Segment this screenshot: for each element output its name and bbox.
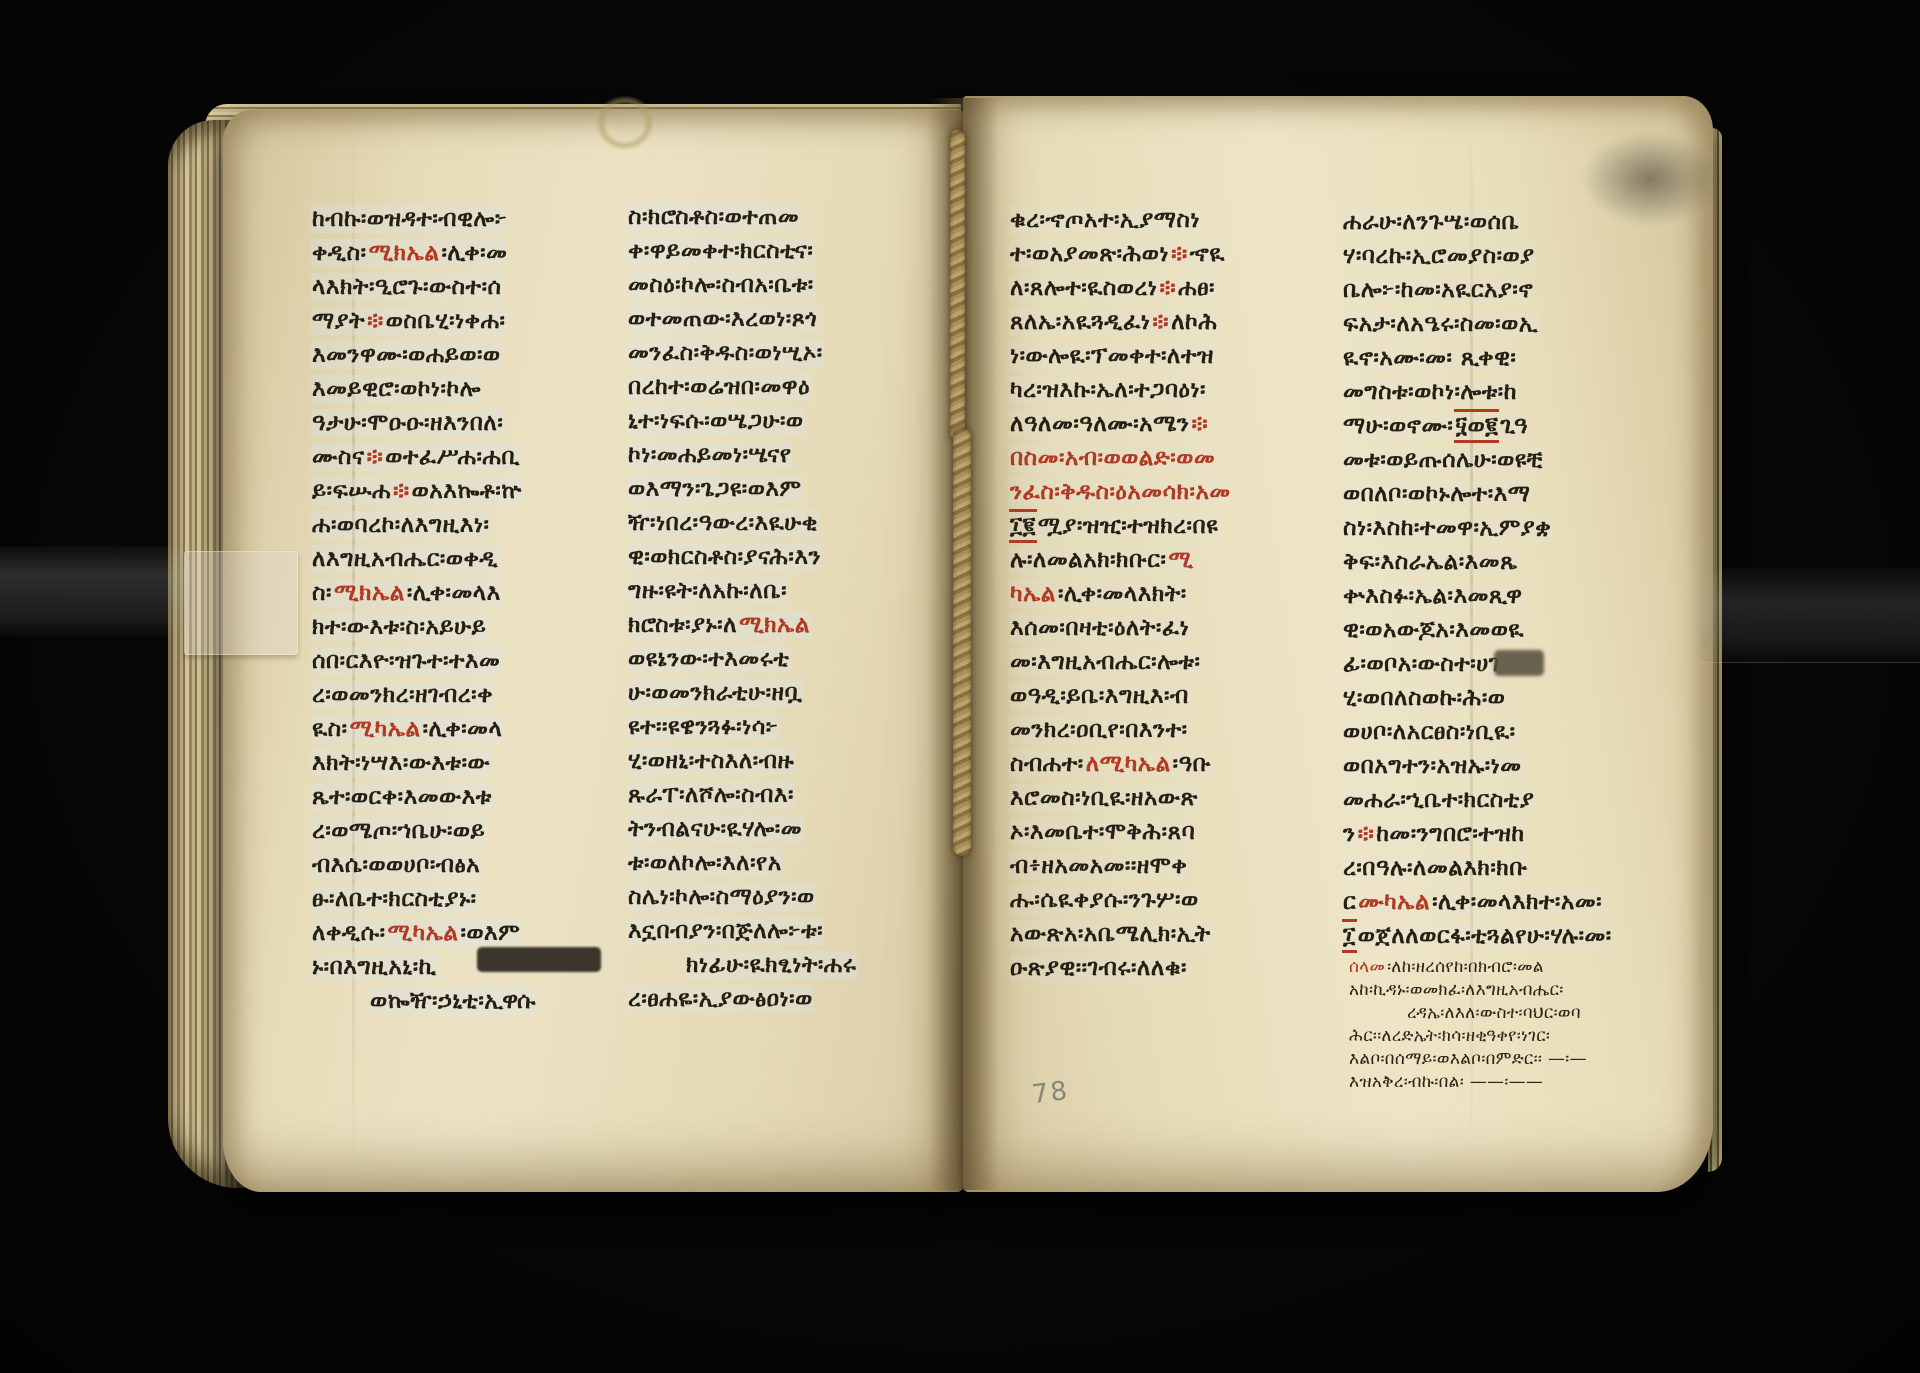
manuscript-text: ለ፡ጸሎተ፡ዪስወረነ [1009,274,1158,302]
rubricated-text: ካኤል [1009,580,1057,608]
rubricated-text: ንፈስ፡ቅዱስ፡ዕአመሳክ፡አመ [1009,478,1232,506]
manuscript-text: ሙስና [311,443,366,471]
manuscript-text: ረ፡ወመንክረ፡ዘገብረ፡ቀ [311,681,494,709]
text-line: ወተመጠው፡እረወነ፡ጾጎ [627,302,857,336]
manuscript-text: ጹራፐ፡ለሾሎ፡ስብእ፡ [627,781,795,809]
manuscript-text: ቍእስፉ፡ኤል፡እመጺዋ [1342,582,1523,610]
text-line: ሰበ፡ርእዮ፡ዝጉተ፡ተእመ [311,644,537,678]
text-line: ጹራፐ፡ለሾሎ፡ስብእ፡ [627,778,857,812]
manuscript-text: ትንብልናሁ፡ዪሃሎ፡መ [627,815,803,843]
text-line: ፁ፡ለቤተ፡ክርስቲያኑ፡ [311,882,537,916]
text-line: ፊ፡ወቦአ፡ውስተ፡ሀገ [1342,647,1613,681]
manuscript-text: ኆዪ [1189,240,1226,268]
text-line: ወኰዥ፡ኃኒቲ፡ኢዋሱ [311,984,537,1018]
tape-left [0,546,190,636]
manuscript-text: ቱ፡ወለኮሎ፡እለ፡የአ [627,849,783,877]
text-line: ዩተ፡፡ዩዌንጓፉ፡ነሳ፦ [627,710,857,744]
text-line: ፲ወጀለለወርፋ፡ቲጓልየሁ፡ሃሉ፡መ፡ [1342,919,1613,953]
rubricated-text: ፨ [1170,240,1189,268]
text-line: ረ፡ፀሐዬ፡ኢያውፅዐነ፡ወ [627,982,857,1016]
manuscript-text: ፡ሊቀ፡መ [441,239,509,267]
text-line: መ፡እግዚአብሔር፡ሎቱ፡ [1009,645,1232,679]
right-page-column-1: ቁረ፡ኆጦአተ፡ኢያማስነተ፡ወአያመጽ፡ሕወነ፨ኆዪለ፡ጸሎተ፡ዪስወረነ፨ሐ… [1009,203,1232,985]
text-line: ሂ፡ወዘኒ፡ተስእለ፡ብዙ [627,744,857,778]
text-line: ዪኖ፡አሙ፡መ፡ ጺቀዊ፡ [1342,341,1613,375]
manuscript-text: መ፡እግዚአብሔር፡ሎቱ፡ [1009,648,1201,676]
manuscript-text: ፡ሊቀ፡መላእክተ፡አመ፡ [1431,888,1603,916]
rubricated-text: ፨ [366,307,385,335]
rubricated-text: ሚክኤል [333,579,406,607]
manuscript-text: ስ፡ [311,579,333,607]
manuscript-text: ዊ፡ወክርስቶስ፡ያናሕ፡እን [627,543,822,571]
text-line: ወበለቦ፡ወኮኑሎተ፡እማ [1342,477,1613,511]
manuscript-text: ሰበ፡ርእዮ፡ዝጉተ፡ተእመ [311,647,501,675]
text-line: ርሙካኤል፡ሊቀ፡መላእክተ፡አመ፡ [1342,885,1613,919]
text-line: ቍእስፉ፡ኤል፡እመጺዋ [1342,579,1613,613]
manuscript-text: ወበአግተን፡አዝኡ፡ነመ [1342,752,1523,780]
text-line: ብእሴ፡ወወሀቦ፡ብፅአ [311,848,537,882]
text-line: ለቀዲሱ፡ሚካኤል፡ወእም [311,916,537,950]
text-line: እልቦ፡በሰማይ፡ወእልቦ፡በምድር፡፡ —፡— [1348,1048,1588,1071]
manuscript-text: ወጀለለወርፋ፡ቲጓልየሁ፡ሃሉ፡መ፡ [1357,922,1613,950]
manuscript-text: ይ፡ፍሡሐ [311,477,392,505]
manuscript-text: ለኮሕ [1170,308,1219,336]
text-line: እኗበብያን፡በጅለሎ፦ቱ፡ [627,914,857,948]
text-line: ሕር፡፡ለረድኤት፡ክሳ፡ዘቂዓቀየ፡ነገር፡ [1348,1025,1588,1048]
manuscript-text: መስዕ፡ኮሎ፡ስብአ፡ቤቱ፡ [627,271,815,299]
text-line: ካኤል፡ሊቀ፡መላእክት፡ [1009,577,1232,611]
manuscript-text: ወአእኰቶ፡ኵ [411,477,523,505]
manuscript-text: ላእክት፡ዒሮጉ፡ውስተ፡ሰ [311,273,503,301]
manuscript-text: ፡ለከ፡ዘረሰየከ፡በክብሮ፡መል [1386,956,1545,978]
manuscript-text: መንፈስ፡ቅዱስ፡ወነሢኦ፡ [627,339,824,367]
text-line: መሐራ፡ኂቤተ፡ክርስቲያ [1342,783,1613,817]
text-line: እክት፡ነሣእ፡ውእቱ፡ው [311,746,537,780]
manuscript-text: ወስቤሂ፡ነቀሐ፡ [385,307,507,335]
text-line: ሉ፡ለመልአክ፡ክቡር፡ሚ [1009,543,1232,577]
manuscript-text: እመንዋሙ፡ወሐይወ፡ወ [311,341,502,369]
rubricated-text: ሚ [1167,546,1194,574]
manuscript-text: አውጽአ፡አቤሜሊክ፡ኢት [1009,920,1212,948]
text-line: ትንብልናሁ፡ዪሃሎ፡መ [627,812,857,846]
text-line: ረ፡ወሜጦ፡ኀቤሁ፡ወይ [311,814,537,848]
rubricated-text: ሰላመ [1348,956,1386,978]
text-line: ማሁ፡ወኖሙ፡፶ወ፪ጊዓ [1342,409,1613,443]
manuscript-text: ረ፡ወሜጦ፡ኀቤሁ፡ወይ [311,817,486,845]
manuscript-text: ጼተ፡ወርቀ፡እመውእቱ [311,783,493,811]
manuscript-text: መሐራ፡ኂቤተ፡ክርስቲያ [1342,786,1535,814]
manuscript-text: ዥ፡ነበረ፡ዓውረ፡እዪሁቂ [627,509,819,537]
manuscript-text: ክተ፡ውእቱ፡ስ፡አይሁይ [311,613,487,641]
manuscript-text: ሐፀ፡ [1177,274,1216,302]
text-line: ቀ፡ዋይመቀተ፡ክርስቲና፡ [627,234,857,268]
manuscript-text: እመይዊሮ፡ወኮነ፡ኮሎ [311,375,482,403]
text-line: ቀዲስ፡ሚክኤል፡ሊቀ፡መ [311,236,537,270]
manuscript-text: ከብኩ፡ወዝዳተ፡ብዊሎ፦ [311,205,508,233]
tape-right [1700,568,1920,663]
manuscript-text: ዊ፡ወአውጆአ፡እመወዪ [1342,616,1525,644]
text-line: ሰላመ፡ለከ፡ዘረሰየከ፡በክብሮ፡መል [1348,956,1588,979]
manuscript-text: ኦ፡እመቤተ፡ሞቅሕ፡ጸባ [1009,818,1196,846]
manuscript-text: ሕር፡፡ለረድኤት፡ክሳ፡ዘቂዓቀየ፡ነገር፡ [1348,1025,1551,1047]
manuscript-text: ስነ፡እስከ፡ተመዋ፡ኢምያቋ [1342,514,1552,542]
manuscript-text: ፲፪ [1009,509,1037,543]
binding-thread-upper [950,130,965,440]
manuscript-text: ፍአታ፡ለአዔሩ፡ስመ፡ወኢ [1342,310,1539,338]
rubricated-text: ፨ [1158,274,1177,302]
manuscript-text: ዪኖ፡አሙ፡መ፡ ጺቀዊ፡ [1342,344,1517,372]
colophon-block: ሰላመ፡ለከ፡ዘረሰየከ፡በክብሮ፡መልአከ፡ኪዳኑ፡ወመክፈ፡ለእግዚአብሔር… [1348,956,1588,1094]
pencil-folio-number: 78 [1030,1076,1070,1110]
manuscript-text: ተ፡ወአያመጽ፡ሕወነ [1009,240,1170,268]
manuscript-text: ወዩኔንው፡ተእመሩቲ [627,645,790,673]
erasure-smudge [1494,650,1544,676]
text-line: ሙስና፨ወተፈሥሐ፡ሐቢ [311,440,537,474]
text-line: ክነፊሁ፡ዪክፂነት፡ሐሩ [627,948,857,982]
text-line: ዓታሁ፡ሞዑዑ፡ዘእንበለ፡ [311,406,537,440]
text-line: ወዓዲ፡ይቤ፡እግዚእ፡ብ [1009,679,1232,713]
text-line: ለ፡ጸሎተ፡ዪስወረነ፨ሐፀ፡ [1009,271,1232,305]
text-line: ዑጽያዊ፡፡ገብሩ፡ለለቁ፡ [1009,951,1232,985]
manuscript-text: ወበለቦ፡ወኮኑሎተ፡እማ [1342,480,1531,508]
rubricated-text: ፨ [1191,410,1210,438]
manuscript-text: ሂ፡ወበለስወኩ፡ሕ፡ወ [1342,684,1506,712]
manuscript-text: እሰመ፡በዛቲ፡ዕለት፡ፈነ [1009,614,1190,642]
rubricated-text: በስመ፡አብ፡ወወልድ፡ወመ [1009,444,1216,472]
manuscript-text: ስ፡ክሮስቶስ፡ወተጠመ [627,203,800,231]
text-line: ቁረ፡ኆጦአተ፡ኢያማስነ [1009,203,1232,237]
manuscript-text: ፡ወእም [460,919,522,947]
ring-stain [592,92,658,154]
text-line: ነ፡ውሎዪ፡ፕመቀተ፡ለተዝ [1009,339,1232,373]
manuscript-text: በረከተ፡ወሬዝበ፡መዋዕ [627,373,811,401]
rubricated-text: ፨ [1357,820,1376,848]
text-line: ቱ፡ወለኮሎ፡እለ፡የአ [627,846,857,880]
text-line: ረ፡ወመንክረ፡ዘገብረ፡ቀ [311,678,537,712]
manuscript-text: ረ፡በዓሉ፡ለመልእክ፡ክቡ [1342,854,1528,882]
manuscript-text: ረዳኤ፡ለእለ፡ውስተ፡ባህር፡ወባ [1406,1002,1582,1024]
text-line: ስብሐተ፡ለሚካኤል፡ዓቡ [1009,747,1232,781]
text-line: ወእማን፡ጌጋዩ፡ወእም [627,472,857,506]
text-line: ወዩኔንው፡ተእመሩቲ [627,642,857,676]
manuscript-text: ፊ፡ወቦአ፡ውስተ፡ሀገ [1342,650,1501,678]
binding-thread-lower [953,428,971,856]
manuscript-text: ዑጽያዊ፡፡ገብሩ፡ለለቁ፡ [1009,954,1188,982]
manuscript-text: ፡ዓቡ [1172,750,1212,778]
manuscript-text: ፡ሊቀ፡መላ [422,715,504,743]
text-line: ካረ፡ዝእኩ፡ኤለ፡ተጋባዕነ፡ [1009,373,1232,407]
manuscript-text: ኒተ፡ነፍሱ፡ወሤጋሁ፡ወ [627,407,805,435]
text-line: ስሌነ፡ኮሎ፡ስማዕያን፡ወ [627,880,857,914]
text-line: ረ፡በዓሉ፡ለመልእክ፡ክቡ [1342,851,1613,885]
text-line: ኦ፡እመቤተ፡ሞቅሕ፡ጸባ [1009,815,1232,849]
manuscript-text: ሃ፡ባረኩ፡ኢሮመያስ፡ወያ [1342,242,1536,270]
manuscript-text: ፲ [1342,919,1357,953]
text-line: ንፈስ፡ቅዱስ፡ዕአመሳክ፡አመ [1009,475,1232,509]
manuscript-text: ሟያ፡ዝዢ፡ተዝክረ፡በዩ [1037,512,1219,540]
manuscript-text: ካረ፡ዝእኩ፡ኤለ፡ተጋባዕነ፡ [1009,376,1207,404]
text-line: ዥ፡ነበረ፡ዓውረ፡እዪሁቂ [627,506,857,540]
text-line: መንክረ፡ዐቢየ፡በእንተ፡ [1009,713,1232,747]
text-line: ሂ፡ወበለስወኩ፡ሕ፡ወ [1342,681,1613,715]
text-line: ሐ፡ወባረኮ፡ለእግዚእነ፡ [311,508,537,542]
manuscript-text: እልቦ፡በሰማይ፡ወእልቦ፡በምድር፡፡ —፡— [1348,1048,1588,1070]
text-line: ብ፥ዘአመአመ፡፡ዘሞቀ [1009,849,1232,883]
text-line: ፲፪ሟያ፡ዝዢ፡ተዝክረ፡በዩ [1009,509,1232,543]
text-line: ቅፍ፡እስራኤል፡እመጼ [1342,545,1613,579]
manuscript-text: ስብሐተ፡ [1009,750,1085,778]
text-line: ለዓለመ፡ዓለሙ፡አሜን፨ [1009,407,1232,441]
manuscript-text: ፁ፡ለቤተ፡ክርስቲያኑ፡ [311,885,478,913]
manuscript-text: ፡ሊቀ፡መላእ [406,579,502,607]
text-line: ዊ፡ወክርስቶስ፡ያናሕ፡እን [627,540,857,574]
manuscript-text: ብእሴ፡ወወሀቦ፡ብፅአ [311,851,481,879]
manuscript-text: መግስቱ፡ወኮነ፡ሎቱ፡ከ [1342,378,1518,406]
manuscript-text: ቤሎ፦፡ከመ፡አዪርአያ፡ኖ [1342,276,1534,304]
text-line: ክሮስቱ፡ያኑ፡ለሚክኤል [627,608,857,642]
rubricated-text: ፨ [392,477,411,505]
manuscript-text: መንክረ፡ዐቢየ፡በእንተ፡ [1009,716,1189,744]
text-line: ስ፡ሚክኤል፡ሊቀ፡መላእ [311,576,537,610]
right-page-column-2: ሐራሁ፡ለንጉሤ፡ወሰቤሃ፡ባረኩ፡ኢሮመያስ፡ወያቤሎ፦፡ከመ፡አዪርአያ፡ኖ… [1342,205,1613,953]
rubricated-text: ፨ [366,443,385,471]
manuscript-text: እክት፡ነሣእ፡ውእቱ፡ው [311,749,491,777]
manuscript-text: ፶ወ፪ [1454,409,1499,443]
text-line: ሃ፡ባረኩ፡ኢሮመያስ፡ወያ [1342,239,1613,273]
manuscript-text: ሁ፡ወመንክራቲሁ፡ዘቧ [627,679,803,707]
text-line: በስመ፡አብ፡ወወልድ፡ወመ [1009,441,1232,475]
manuscript-text: ር [1342,888,1357,916]
rubricated-text: ፨ [1151,308,1170,336]
text-line: ተ፡ወአያመጽ፡ሕወነ፨ኆዪ [1009,237,1232,271]
manuscript-text: ክነፊሁ፡ዪክፂነት፡ሐሩ [685,951,857,979]
manuscript-text: ወእማን፡ጌጋዩ፡ወእም [627,475,802,503]
manuscript-text: እሮመስ፡ነቢዪ፡ዘአውጽ [1009,784,1199,812]
text-line: እመንዋሙ፡ወሐይወ፡ወ [311,338,537,372]
text-line: ኮነ፡መሐይመነ፡ሤናየ [627,438,857,472]
manuscript-text: ማያት [311,307,366,335]
manuscript-text: ለእግዚአብሔር፡ወቀዲ [311,545,499,573]
text-line: እሮመስ፡ነቢዪ፡ዘአውጽ [1009,781,1232,815]
text-line: ቤሎ፦፡ከመ፡አዪርአያ፡ኖ [1342,273,1613,307]
text-line: ስ፡ክሮስቶስ፡ወተጠመ [627,200,857,234]
manuscript-text: ነ፡ውሎዪ፡ፕመቀተ፡ለተዝ [1009,342,1215,370]
text-line: ወሀቦ፡ለአርፀስ፡ነቢዪ፡ [1342,715,1613,749]
manuscript-text: አከ፡ኪዳኑ፡ወመክፈ፡ለእግዚአብሔር፡ [1348,979,1565,1001]
text-line: ይ፡ፍሡሐ፨ወአእኰቶ፡ኵ [311,474,537,508]
manuscript-text: ግዙ፡ዩት፡ለአኩ፡ለቤ፡ [627,577,788,605]
manuscript-text: ጊዓ [1499,412,1529,440]
left-page-column-2: ስ፡ክሮስቶስ፡ወተጠመቀ፡ዋይመቀተ፡ክርስቲና፡መስዕ፡ኮሎ፡ስብአ፡ቤቱ፡… [627,200,857,1016]
rubricated-text: ሚክኤል [738,611,811,639]
manuscript-text: ዩተ፡፡ዩዌንጓፉ፡ነሳ፦ [627,713,779,741]
manuscript-text: ስሌነ፡ኮሎ፡ስማዕያን፡ወ [627,883,816,911]
manuscript-text: ጸለኤ፡አዪጓዲፈነ [1009,308,1151,336]
rubricated-text: ሚካኤል [349,715,422,743]
manuscript-text: ወኰዥ፡ኃኒቲ፡ኢዋሱ [369,987,537,1015]
manuscript-text: ክሮስቱ፡ያኑ፡ለ [627,611,738,639]
manuscript-text: ቁረ፡ኆጦአተ፡ኢያማስነ [1009,206,1201,234]
text-line: በረከተ፡ወሬዝበ፡መዋዕ [627,370,857,404]
manuscript-text: ሉ፡ለመልአክ፡ክቡር፡ [1009,546,1167,574]
manuscript-text: ወተፈሥሐ፡ሐቢ [384,443,521,471]
rubricated-text: ሚካኤል [387,919,460,947]
text-line: ዊ፡ወአውጆአ፡እመወዪ [1342,613,1613,647]
text-line: ሁ፡ወመንክራቲሁ፡ዘቧ [627,676,857,710]
text-line: ስነ፡እስከ፡ተመዋ፡ኢምያቋ [1342,511,1613,545]
text-line: ላእክት፡ዒሮጉ፡ውስተ፡ሰ [311,270,537,304]
rubricated-text: ሚክኤል [368,239,441,267]
text-line: ኒተ፡ነፍሱ፡ወሤጋሁ፡ወ [627,404,857,438]
rubricated-text: ለሚካኤል [1085,750,1172,778]
manuscript-text: ረ፡ፀሐዬ፡ኢያውፅዐነ፡ወ [627,985,814,1013]
text-line: ከብኩ፡ወዝዳተ፡ብዊሎ፦ [311,202,537,236]
manuscript-text: ሂ፡ወዘኒ፡ተስእለ፡ብዙ [627,747,795,775]
text-line: አከ፡ኪዳኑ፡ወመክፈ፡ለእግዚአብሔር፡ [1348,979,1588,1002]
manuscript-text: ወሀቦ፡ለአርፀስ፡ነቢዪ፡ [1342,718,1517,746]
text-line: እዝአቅረ፡ብኩ፡በል፡ ——፡—— [1348,1071,1588,1094]
manuscript-text: እኗበብያን፡በጅለሎ፦ቱ፡ [627,917,824,945]
manuscript-photo: ከብኩ፡ወዝዳተ፡ብዊሎ፦ቀዲስ፡ሚክኤል፡ሊቀ፡መላእክት፡ዒሮጉ፡ውስተ፡ሰ… [0,0,1920,1373]
manuscript-text: ከመ፡ንግበሮ፡ተዝከ [1375,820,1525,848]
manuscript-text: ቀ፡ዋይመቀተ፡ክርስቲና፡ [627,237,814,265]
text-line: ሑ፡ሴዪቀያሱ፡ንጉሦ፡ወ [1009,883,1232,917]
text-line: መስዕ፡ኮሎ፡ስብአ፡ቤቱ፡ [627,268,857,302]
manuscript-text: ሐ፡ወባረኮ፡ለእግዚእነ፡ [311,511,490,539]
text-line: ሐራሁ፡ለንጉሤ፡ወሰቤ [1342,205,1613,239]
manuscript-text: ሑ፡ሴዪቀያሱ፡ንጉሦ፡ወ [1009,886,1200,914]
manuscript-text: ወዓዲ፡ይቤ፡እግዚእ፡ብ [1009,682,1190,710]
manuscript-text: ማሁ፡ወኖሙ፡ [1342,412,1454,440]
text-line: ጸለኤ፡አዪጓዲፈነ፨ለኮሕ [1009,305,1232,339]
manuscript-text: ወተመጠው፡እረወነ፡ጾጎ [627,305,818,333]
manuscript-text: ን [1342,820,1357,848]
tape-left-tab [184,551,298,655]
manuscript-text: ዓታሁ፡ሞዑዑ፡ዘእንበለ፡ [311,409,504,437]
manuscript-text: ለቀዲሱ፡ [311,919,387,947]
text-line: ግዙ፡ዩት፡ለአኩ፡ለቤ፡ [627,574,857,608]
manuscript-text: ቅፍ፡እስራኤል፡እመጼ [1342,548,1518,576]
manuscript-text: ለዓለመ፡ዓለሙ፡አሜን [1009,410,1191,438]
manuscript-text: እዝአቅረ፡ብኩ፡በል፡ ——፡—— [1348,1071,1544,1093]
ink-blackout-smudge [477,947,601,972]
text-line: መግስቱ፡ወኮነ፡ሎቱ፡ከ [1342,375,1613,409]
text-line: ለእግዚአብሔር፡ወቀዲ [311,542,537,576]
left-page-column-1: ከብኩ፡ወዝዳተ፡ብዊሎ፦ቀዲስ፡ሚክኤል፡ሊቀ፡መላእክት፡ዒሮጉ፡ውስተ፡ሰ… [311,202,537,1018]
text-line: ክተ፡ውእቱ፡ስ፡አይሁይ [311,610,537,644]
manuscript-text: ቀዲስ፡ [311,239,368,267]
text-line: ፍአታ፡ለአዔሩ፡ስመ፡ወኢ [1342,307,1613,341]
manuscript-text: ኑ፡በእግዚአኒ፡ኪ [311,953,437,981]
text-line: ን፨ከመ፡ንግበሮ፡ተዝከ [1342,817,1613,851]
text-line: ዪስ፡ሚካኤል፡ሊቀ፡መላ [311,712,537,746]
text-line: ወበአግተን፡አዝኡ፡ነመ [1342,749,1613,783]
manuscript-text: ዪስ፡ [311,715,349,743]
text-line: ጼተ፡ወርቀ፡እመውእቱ [311,780,537,814]
text-line: አውጽአ፡አቤሜሊክ፡ኢት [1009,917,1232,951]
manuscript-text: ሐራሁ፡ለንጉሤ፡ወሰቤ [1342,208,1520,236]
manuscript-text: ብ፥ዘአመአመ፡፡ዘሞቀ [1009,852,1188,880]
text-line: መቱ፡ወይጡሰሌሁ፡ወዩቺ [1342,443,1613,477]
text-line: እመይዊሮ፡ወኮነ፡ኮሎ [311,372,537,406]
text-line: መንፈስ፡ቅዱስ፡ወነሢኦ፡ [627,336,857,370]
manuscript-text: ፡ሊቀ፡መላእክት፡ [1057,580,1188,608]
rubricated-text: ሙካኤል [1357,888,1431,916]
text-line: ማያት፨ወስቤሂ፡ነቀሐ፡ [311,304,537,338]
manuscript-text: መቱ፡ወይጡሰሌሁ፡ወዩቺ [1342,446,1544,474]
manuscript-text: ኮነ፡መሐይመነ፡ሤናየ [627,441,792,469]
text-line: እሰመ፡በዛቲ፡ዕለት፡ፈነ [1009,611,1232,645]
text-line: ረዳኤ፡ለእለ፡ውስተ፡ባህር፡ወባ [1348,1002,1588,1025]
